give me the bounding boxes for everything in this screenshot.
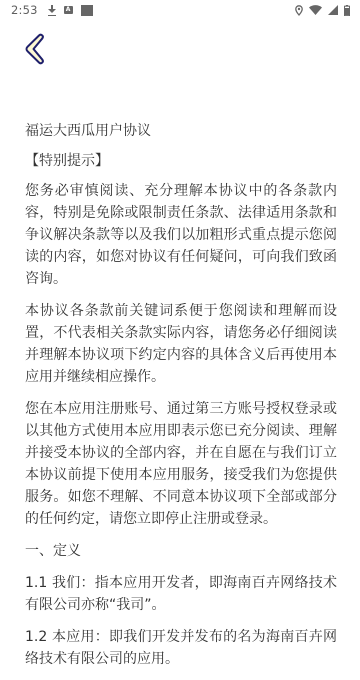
notification-a-icon: A: [64, 6, 73, 14]
special-notice-heading: 【特别提示】: [25, 150, 337, 172]
status-bar: 2:53 A: [0, 0, 360, 20]
signal-icon: [328, 5, 338, 15]
download-icon: [48, 5, 56, 15]
paragraph: 您务必审慎阅读、充分理解本协议中的各条款内容，特别是免除或限制责任条款、法律适用…: [25, 180, 337, 290]
definition-item: 1.1 我们：指本应用开发者，即海南百卉网络技术有限公司亦称“我司”。: [25, 572, 337, 600]
status-time: 2:53: [11, 3, 38, 17]
app-square-icon: [81, 5, 93, 16]
paragraph: 您在本应用注册账号、通过第三方账号授权登录或以其他方式使用本应用即表示您已充分阅…: [25, 398, 337, 530]
paragraph: 本协议各条款前关键词系便于您阅读和理解而设置，不代表相关条款实际内容，请您务必仔…: [25, 300, 337, 388]
status-bar-right: [289, 5, 350, 16]
agreement-title: 福运大西瓜用户协议: [25, 120, 337, 142]
agreement-content: 福运大西瓜用户协议 【特别提示】 您务必审慎阅读、充分理解本协议中的各条款内容，…: [25, 120, 337, 600]
battery-icon: [344, 5, 350, 16]
wifi-icon: [309, 5, 322, 15]
back-button[interactable]: [20, 32, 48, 66]
location-icon: [295, 5, 303, 16]
chevron-left-icon: [20, 32, 48, 66]
section-heading-definitions: 一、定义: [25, 540, 337, 562]
status-bar-left: 2:53 A: [11, 3, 101, 17]
